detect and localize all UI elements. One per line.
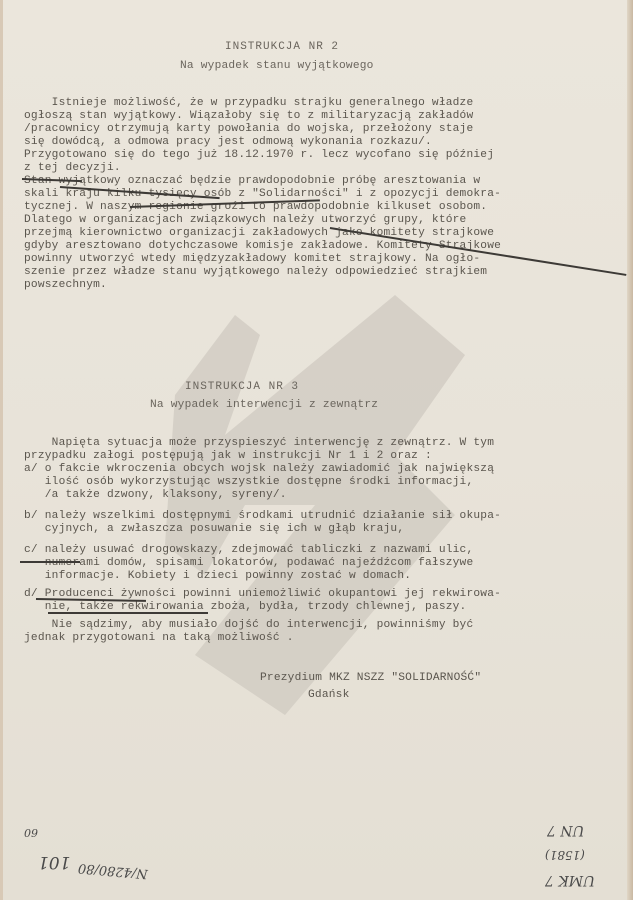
paper-edge-right bbox=[627, 0, 633, 900]
list-item-b: b/ należy wszelkimi dostępnymi środkami … bbox=[24, 510, 501, 523]
text-line: Istnieje możliwość, że w przypadku straj… bbox=[24, 97, 473, 110]
handwritten-archive-code: UMK 7 bbox=[545, 872, 595, 888]
text-line: /pracownicy otrzymują karty powołania do… bbox=[24, 123, 473, 136]
text-line: z tej decyzji. bbox=[24, 162, 121, 175]
handwritten-catalog-number: N/4280/80 bbox=[77, 860, 148, 881]
text-line: przypadku załogi postępują jak w instruk… bbox=[24, 450, 432, 463]
text-line: szenie przez władze stanu wyjątkowego na… bbox=[24, 266, 487, 279]
text-line: Napięta sytuacja może przyspieszyć inter… bbox=[24, 437, 494, 450]
instruction-2-title: INSTRUKCJA NR 2 bbox=[225, 41, 339, 54]
text-line: się dowódcą, a odmowa pracy jest odmową … bbox=[24, 136, 432, 149]
text-line: /a także dzwony, klaksony, syreny/. bbox=[24, 489, 287, 502]
list-item-c: c/ należy usuwać drogowskazy, zdejmować … bbox=[24, 544, 473, 557]
instruction-3-title: INSTRUKCJA NR 3 bbox=[185, 381, 299, 394]
text-line: Nie sądzimy, aby musiało dojść do interw… bbox=[24, 619, 473, 632]
text-line: numerami domów, spisami lokatorów, podaw… bbox=[24, 557, 473, 570]
pen-strike-mark bbox=[20, 561, 80, 563]
text-line: ogłoszą stan wyjątkowy. Wiązałoby się to… bbox=[24, 110, 473, 123]
handwritten-archive-code: UN 7 bbox=[547, 822, 584, 838]
text-line: Przygotowano się do tego już 18.12.1970 … bbox=[24, 149, 494, 162]
signature-city: Gdańsk bbox=[308, 689, 349, 702]
handwritten-archive-code: (1581) bbox=[545, 848, 585, 862]
text-line: Dlatego w organizacjach związkowych nale… bbox=[24, 214, 466, 227]
scanned-document-page: INSTRUKCJA NR 2 Na wypadek stanu wyjątko… bbox=[0, 0, 633, 900]
text-line: ilość osób wykorzystując wszystkie dostę… bbox=[24, 476, 473, 489]
text-line: przejmą kierownictwo organizacji zakłado… bbox=[24, 227, 494, 240]
list-item-a: a/ o fakcie wkroczenia obcych wojsk nale… bbox=[24, 463, 494, 476]
text-line: powszechnym. bbox=[24, 279, 107, 292]
handwritten-note: 60 bbox=[24, 826, 38, 839]
text-line: Stan wyjątkowy oznaczać będzie prawdopod… bbox=[24, 175, 480, 188]
handwritten-page-number: 101 bbox=[38, 852, 70, 872]
text-line: cyjnych, a zwłaszcza posuwanie się ich w… bbox=[24, 523, 404, 536]
text-line: informacje. Kobiety i dzieci powinny zos… bbox=[24, 570, 411, 583]
instruction-2-subtitle: Na wypadek stanu wyjątkowego bbox=[180, 60, 374, 73]
text-line: jednak przygotowani na taką możliwość . bbox=[24, 632, 294, 645]
text-line: powinny utworzyć wtedy międzyzakładowy k… bbox=[24, 253, 480, 266]
instruction-3-subtitle: Na wypadek interwencji z zewnątrz bbox=[150, 399, 378, 412]
pen-strike-mark bbox=[48, 612, 208, 614]
paper-edge-left bbox=[0, 0, 3, 900]
signature-organization: Prezydium MKZ NSZZ "SOLIDARNOŚĆ" bbox=[260, 672, 481, 685]
